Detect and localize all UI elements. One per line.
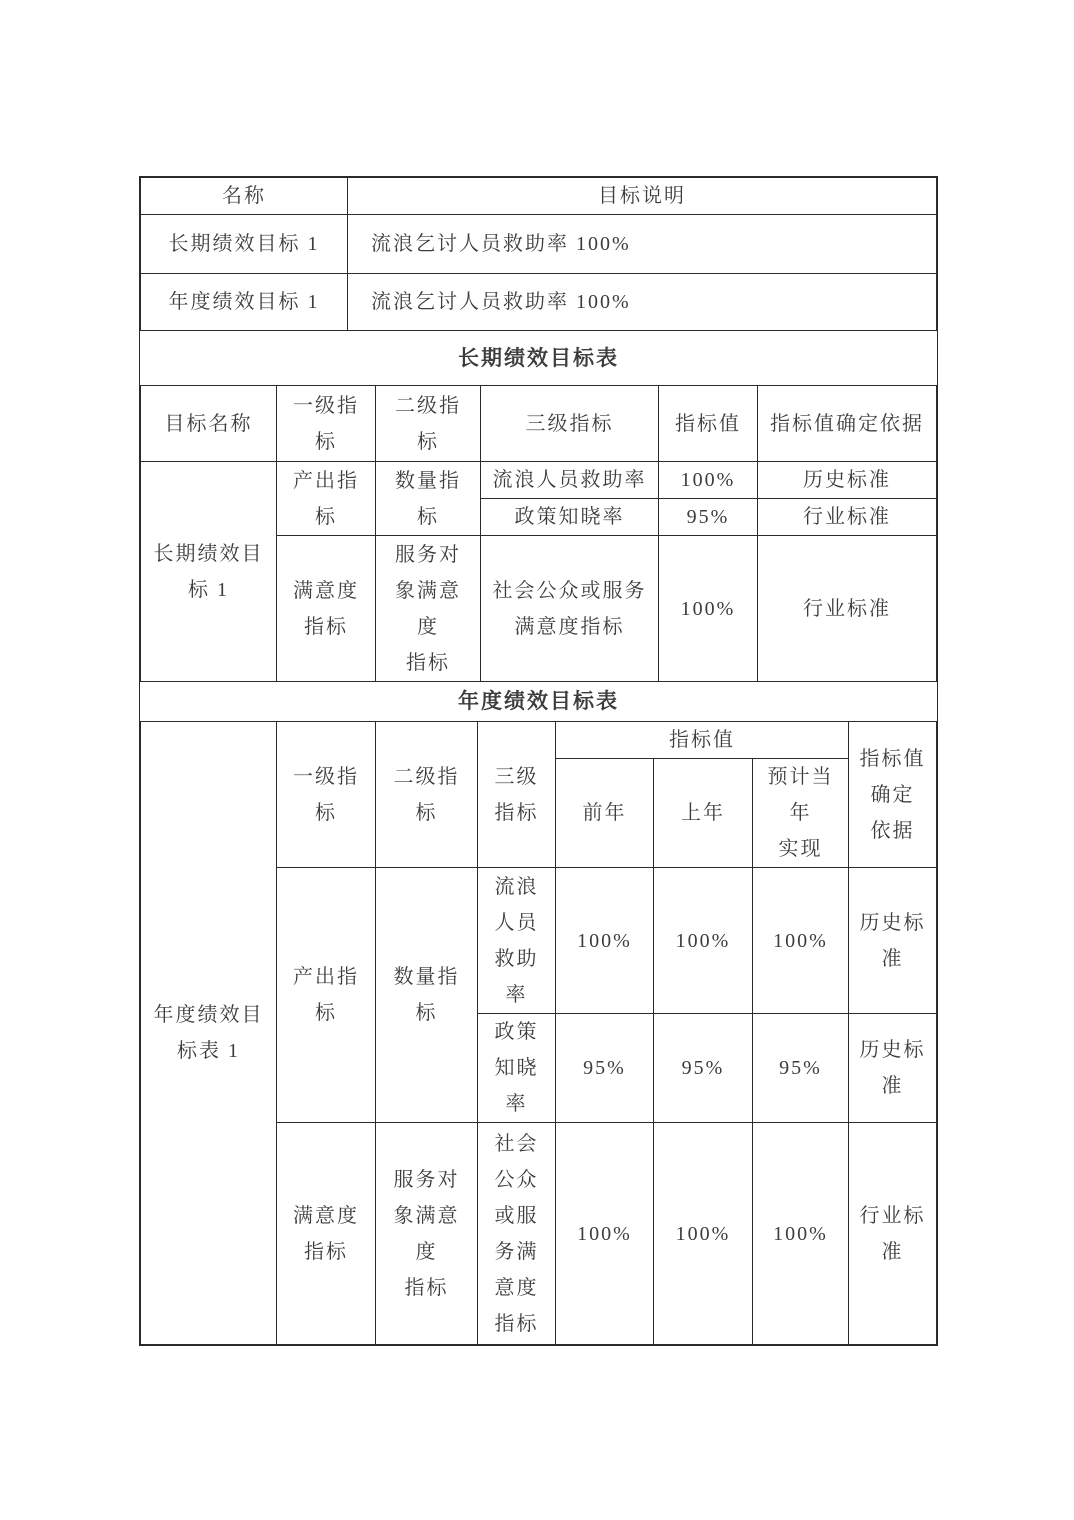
summary-header-row: 名称 目标说明 xyxy=(141,178,937,215)
cell-value-prev1: 100% xyxy=(654,1123,753,1345)
col-header-value: 指标值 xyxy=(659,386,758,462)
annual-header-row-1: 年度绩效目 标表 1 一级指 标 二级指 标 三级 指标 指标值 指标值 确定 … xyxy=(141,722,937,759)
col-header-level1: 一级指 标 xyxy=(277,386,376,462)
cell-value-prev2: 95% xyxy=(556,1014,654,1123)
cell-basis: 行业标准 xyxy=(758,499,937,536)
cell-value-current: 95% xyxy=(753,1014,849,1123)
col-header-level1: 一级指 标 xyxy=(277,722,376,868)
col-header-basis: 指标值确定依据 xyxy=(758,386,937,462)
cell-level3-rescue-rate: 流浪 人员 救助 率 xyxy=(478,868,556,1014)
col-header-level2: 二级指 标 xyxy=(376,386,481,462)
cell-value-current: 100% xyxy=(753,868,849,1014)
cell-goal-name: 年度绩效目 标表 1 xyxy=(141,722,277,1345)
col-header-basis: 指标值 确定 依据 xyxy=(849,722,937,868)
table-row: 年度绩效目标 1 流浪乞讨人员救助率 100% xyxy=(141,274,937,331)
cell-value-prev2: 100% xyxy=(556,1123,654,1345)
cell-value-current: 100% xyxy=(753,1123,849,1345)
annual-goal-label: 年度绩效目标 1 xyxy=(141,274,348,331)
cell-level3-policy-awareness: 政策 知晓 率 xyxy=(478,1014,556,1123)
cell-value: 95% xyxy=(659,499,758,536)
cell-level3-rescue-rate: 流浪人员救助率 xyxy=(481,462,659,499)
cell-level2-service-satisfaction: 服务对 象满意 度 指标 xyxy=(376,536,481,682)
performance-target-document: 名称 目标说明 长期绩效目标 1 流浪乞讨人员救助率 100% 年度绩效目标 1… xyxy=(139,176,938,1346)
cell-level1-output: 产出指 标 xyxy=(277,462,376,536)
longterm-table: 目标名称 一级指 标 二级指 标 三级指标 指标值 指标值确定依据 长期绩效目 … xyxy=(140,385,937,682)
longterm-goal-label: 长期绩效目标 1 xyxy=(141,215,348,274)
cell-level2-service-satisfaction: 服务对 象满意 度 指标 xyxy=(376,1123,478,1345)
col-header-value-group: 指标值 xyxy=(556,722,849,759)
longterm-section-title: 长期绩效目标表 xyxy=(140,330,937,386)
cell-value: 100% xyxy=(659,462,758,499)
cell-value: 100% xyxy=(659,536,758,682)
document-page: 名称 目标说明 长期绩效目标 1 流浪乞讨人员救助率 100% 年度绩效目标 1… xyxy=(0,0,1074,1520)
cell-level1-satisfaction: 满意度 指标 xyxy=(277,1123,376,1345)
cell-level2-quantity: 数量指 标 xyxy=(376,462,481,536)
col-header-level3: 三级 指标 xyxy=(478,722,556,868)
cell-level1-satisfaction: 满意度 指标 xyxy=(277,536,376,682)
cell-level3-public-satisfaction: 社会 公众 或服 务满 意度 指标 xyxy=(478,1123,556,1345)
cell-goal-name: 长期绩效目 标 1 xyxy=(141,462,277,682)
cell-level1-output: 产出指 标 xyxy=(277,868,376,1123)
table-row: 长期绩效目 标 1 产出指 标 数量指 标 流浪人员救助率 100% 历史标准 xyxy=(141,462,937,499)
cell-value-prev1: 95% xyxy=(654,1014,753,1123)
annual-goal-desc: 流浪乞讨人员救助率 100% xyxy=(348,274,937,331)
table-row: 长期绩效目标 1 流浪乞讨人员救助率 100% xyxy=(141,215,937,274)
summary-header-name: 名称 xyxy=(141,178,348,215)
cell-basis: 历史标准 xyxy=(758,462,937,499)
cell-basis: 历史标 准 xyxy=(849,868,937,1014)
cell-basis: 行业标准 xyxy=(758,536,937,682)
cell-value-prev1: 100% xyxy=(654,868,753,1014)
summary-table: 名称 目标说明 长期绩效目标 1 流浪乞讨人员救助率 100% 年度绩效目标 1… xyxy=(140,177,937,331)
annual-section-title: 年度绩效目标表 xyxy=(140,681,937,722)
longterm-goal-desc: 流浪乞讨人员救助率 100% xyxy=(348,215,937,274)
cell-level3-public-satisfaction: 社会公众或服务 满意度指标 xyxy=(481,536,659,682)
annual-table: 年度绩效目 标表 1 一级指 标 二级指 标 三级 指标 指标值 指标值 确定 … xyxy=(140,721,937,1345)
col-header-year-before-last: 前年 xyxy=(556,759,654,868)
col-header-level3: 三级指标 xyxy=(481,386,659,462)
cell-value-prev2: 100% xyxy=(556,868,654,1014)
cell-level2-quantity: 数量指 标 xyxy=(376,868,478,1123)
longterm-header-row: 目标名称 一级指 标 二级指 标 三级指标 指标值 指标值确定依据 xyxy=(141,386,937,462)
cell-level3-policy-awareness: 政策知晓率 xyxy=(481,499,659,536)
cell-basis: 行业标 准 xyxy=(849,1123,937,1345)
summary-header-desc: 目标说明 xyxy=(348,178,937,215)
cell-basis: 历史标 准 xyxy=(849,1014,937,1123)
col-header-level2: 二级指 标 xyxy=(376,722,478,868)
col-header-last-year: 上年 xyxy=(654,759,753,868)
col-header-goal-name: 目标名称 xyxy=(141,386,277,462)
col-header-expected-current-year: 预计当 年 实现 xyxy=(753,759,849,868)
